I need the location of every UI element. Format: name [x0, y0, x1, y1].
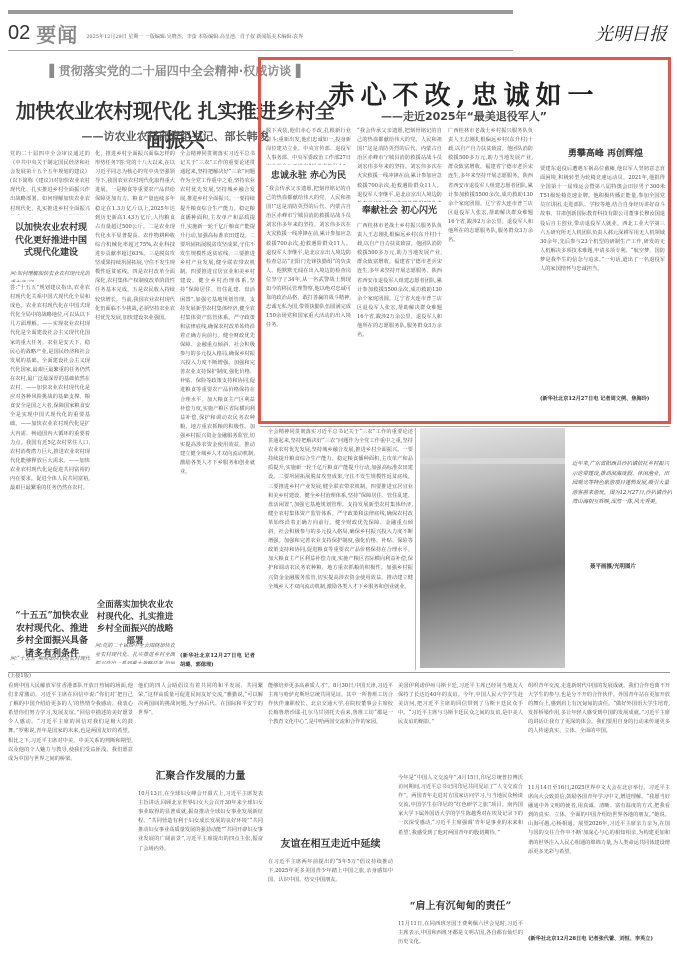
photo-top-rule [260, 426, 670, 427]
continued-label: (上接1版) [8, 672, 31, 679]
article-intro: 党的二十届四中全会审议通过的《中共中央关于制定国民经济和社会发展第十五个五年规划… [10, 150, 90, 215]
page-header: 02 要闻 2025年12月29日 星期一 一版编辑:吴晓杰、李萤 本版编辑:高… [8, 18, 513, 48]
featured-title: 赤心不改,忠诚如一 [264, 75, 664, 112]
question-2: 问:“十五五”期间加快农业农村现代化 [10, 655, 90, 665]
photo-credit: 聂平画摄/光明图片 [590, 562, 636, 570]
bottom-body-col4b: 今年是“中国人文交流年”,4月15日,印尼总统普拉博沃访问期间,习近平总书记同印… [398, 774, 523, 884]
featured-body-2-cont: 广西桂林市老战士乡村振兴服务队负责人王志刚扎根偏远乡村(东升村)十载,以自产自力… [448, 127, 533, 417]
article-body-col1: 答:“十五五”规划建议指出,农业农村现代化关系中国式现代化全局和成色。农业农村现… [10, 284, 90, 604]
section-heading-1: 以加快农业农村现代化更好推进中国式现代化建设 [12, 222, 90, 260]
edition-meta: 2025年12月29日 星期一 一版编辑:吴晓杰、李萤 本版编辑:高皇池、肖子叔… [86, 33, 303, 40]
section-name: 要闻 [36, 19, 78, 48]
featured-subheading-1: 忠诚永驻 赤心为民 [266, 170, 351, 183]
bottom-body-col1: 看到中国人民解放军驻香港部队开放日热闹的场面,他们非常激动。习近平主席在回信中说… [8, 682, 133, 962]
article-body-col3: 全会精神同贯彻落实习近平总书记关于“三农”工作的重要论述贯通起来,坚持把解决好“… [180, 150, 255, 650]
bottom-subheading-2: 友谊在相互走近中延续 [268, 838, 393, 852]
lower-section-rule [8, 672, 670, 673]
article-byline: (新华社北京12月27日电 记者胡璐、郭偲理) [180, 652, 255, 670]
bottom-byline: (新华社北京12月28日电 记者张代蕾、刘恒、李英立) [528, 935, 670, 955]
article-body-col2: 化、推进乡村全面振兴面临怎样的形势任务?答:党的十八大以来,在以习近平同志为核心… [95, 150, 175, 660]
featured-intro: 脱下戎装,他们赤心不改,扎根新行业奋斗;重新出发,他们忠诚如一,投身新岗位建功立… [266, 127, 351, 165]
bottom-body-col3: 能够培养更多高素质人才”。8月30日,中国天津,习近平主席与哈萨克斯坦总统共同见… [268, 682, 393, 832]
column-divider [415, 428, 416, 670]
bottom-body-col2b: 10月13日,在全球妇女峰会开幕式上,习近平主席发表主旨讲话,回顾北京世界妇女大… [138, 790, 263, 960]
newspaper-masthead: 光明日报 [595, 20, 667, 46]
photo-caption: 近年来,广东省阳西县沙扒镇依托乡村振兴示范带建设,推动滨海度假、休闲渔业、田园观… [572, 460, 672, 508]
featured-body-3: 贾建东退役后遭遇车祸高位截瘫,他以军人坚韧意志直面困境,积极转型为轮椅竞速运动员… [540, 165, 665, 375]
question-3: 问:党的二十届四中全会围绕加快农业农村现代化、扎实推进乡村全面振兴作出一系列重大… [95, 642, 175, 664]
question-1: 问:如何理解加快农业农村现代化的重大意义? [10, 270, 90, 282]
featured-body-1: “我会传承父亲遗愿,把刻骨铭记的自己的热血都献给伟大的党、人民和祖国!”这是消防… [266, 185, 351, 417]
featured-byline: (新华社北京12月27日电 记者周文例、焦海玲) [540, 395, 665, 415]
featured-body-1-cont: “我会传承父亲遗愿,把刻骨铭记的自己的热血都献给伟大的党、人民和祖国!”这是消防… [357, 127, 442, 202]
landscape-photo [420, 428, 565, 668]
section-heading-2: “十五五”加快农业农村现代化、推进乡村全面振兴具备诸多有利条件 [12, 610, 92, 660]
header-rule [8, 10, 513, 14]
featured-subtitle: ——走近2025年“最美退役军人” [264, 108, 664, 124]
featured-subheading-2: 奉献社会 初心闪光 [357, 205, 442, 218]
bottom-subheading-1: 汇聚合作发展的力量 [138, 770, 263, 784]
bottom-body-col2: 他们的四人会晤倡议有着共同的和平发展、共同繁荣,“这样高质量可促进民间友好交流,… [138, 682, 263, 754]
featured-body-2: 广西桂林市老战士乡村振兴服务队负责人王志刚扎根偏远乡村(东升村)十载,以自产自力… [357, 222, 442, 417]
bottom-subheading-3: “肩上有沉甸甸的责任” [398, 900, 523, 914]
header-divider [8, 50, 513, 51]
bottom-body-col5: 组织青年交流,走进新时代中国的发展成就。我们合作也离不开大学生的参与,也是分不开… [528, 682, 670, 782]
bottom-body-col3b: 在习近平主席两年前提出的“5年5万”倡议持续推动下,2025年更多美国青少年踏上… [268, 858, 393, 960]
bottom-body-col5b: 11月14日至16日,2025世界中文大会在北京举行。习近平主席向大会致贺信,鼓… [528, 784, 670, 929]
left-article-overflow: 全会精神同贯彻落实习近平总书记关于“三农”工作的重要论述贯通起来,坚持把解决好“… [268, 428, 413, 668]
section-heading-3: 全面落实加快农业农村现代化、扎实推进乡村全面振兴的战略部署 [95, 600, 175, 648]
bottom-body-col4c: 11月11日,在同西班牙国王费利佩六世会见时,习近平主席表示,中国和西班牙都是文… [398, 920, 523, 960]
page-number: 02 [8, 22, 30, 45]
bottom-body-col4: 美国伊利诺伊州马斯卡廷,习近平主席已经同当地友人保持了长达近40年的友谊。今年,… [398, 682, 523, 772]
